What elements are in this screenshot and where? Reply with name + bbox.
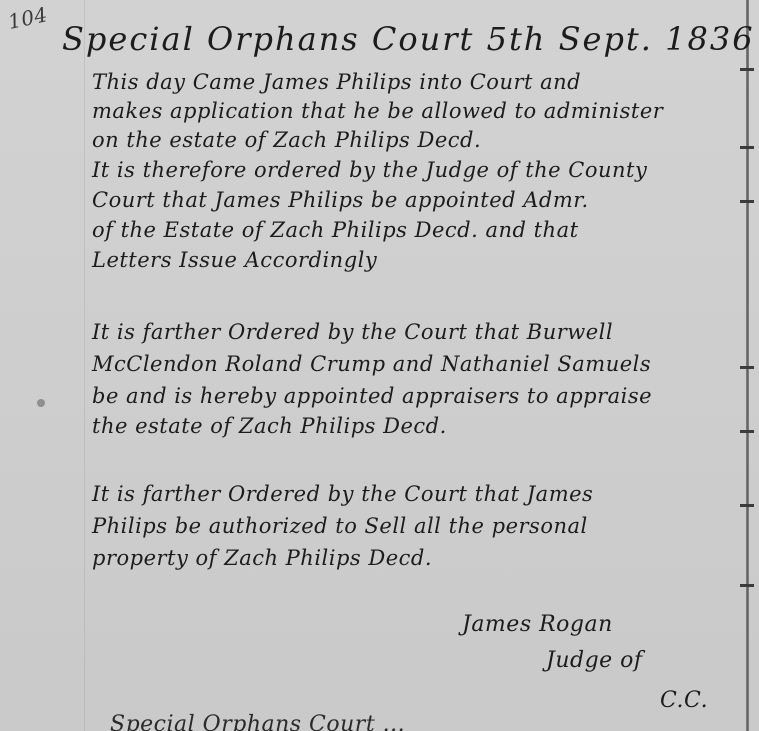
signature-name: James Rogan [462,612,613,637]
next-entry-partial: Special Orphans Court ... [110,712,405,731]
text-line: makes application that he be allowed to … [92,99,663,123]
margin-rule [84,0,85,731]
binding-tick [740,430,754,433]
text-line: be and is hereby appointed appraisers to… [92,384,652,408]
text-line: Philips be authorized to Sell all the pe… [92,514,588,538]
signature-title: Judge of [546,648,643,673]
text-line: It is farther Ordered by the Court that … [92,482,593,506]
document-page: 104 Special Orphans Court 5th Sept. 1836… [0,0,759,731]
text-line: the estate of Zach Philips Decd. [92,414,447,438]
text-line: Letters Issue Accordingly [92,248,377,272]
page-number: 104 [6,2,50,34]
text-line: property of Zach Philips Decd. [92,546,432,570]
binding-tick [740,200,754,203]
text-line: It is farther Ordered by the Court that … [92,320,613,344]
text-line: on the estate of Zach Philips Decd. [92,128,481,152]
binding-tick [740,504,754,507]
document-heading: Special Orphans Court 5th Sept. 1836 [62,20,755,58]
signature-title-abbrev: C.C. [660,688,708,713]
text-line: It is therefore ordered by the Judge of … [92,158,647,182]
binding-tick [740,146,754,149]
text-line: This day Came James Philips into Court a… [92,70,581,94]
punch-hole [37,399,45,407]
text-line: of the Estate of Zach Philips Decd. and … [92,218,579,242]
binding-tick [740,584,754,587]
text-line: Court that James Philips be appointed Ad… [92,188,589,212]
text-line: McClendon Roland Crump and Nathaniel Sam… [92,352,651,376]
binding-tick [740,68,754,71]
binding-tick [740,366,754,369]
